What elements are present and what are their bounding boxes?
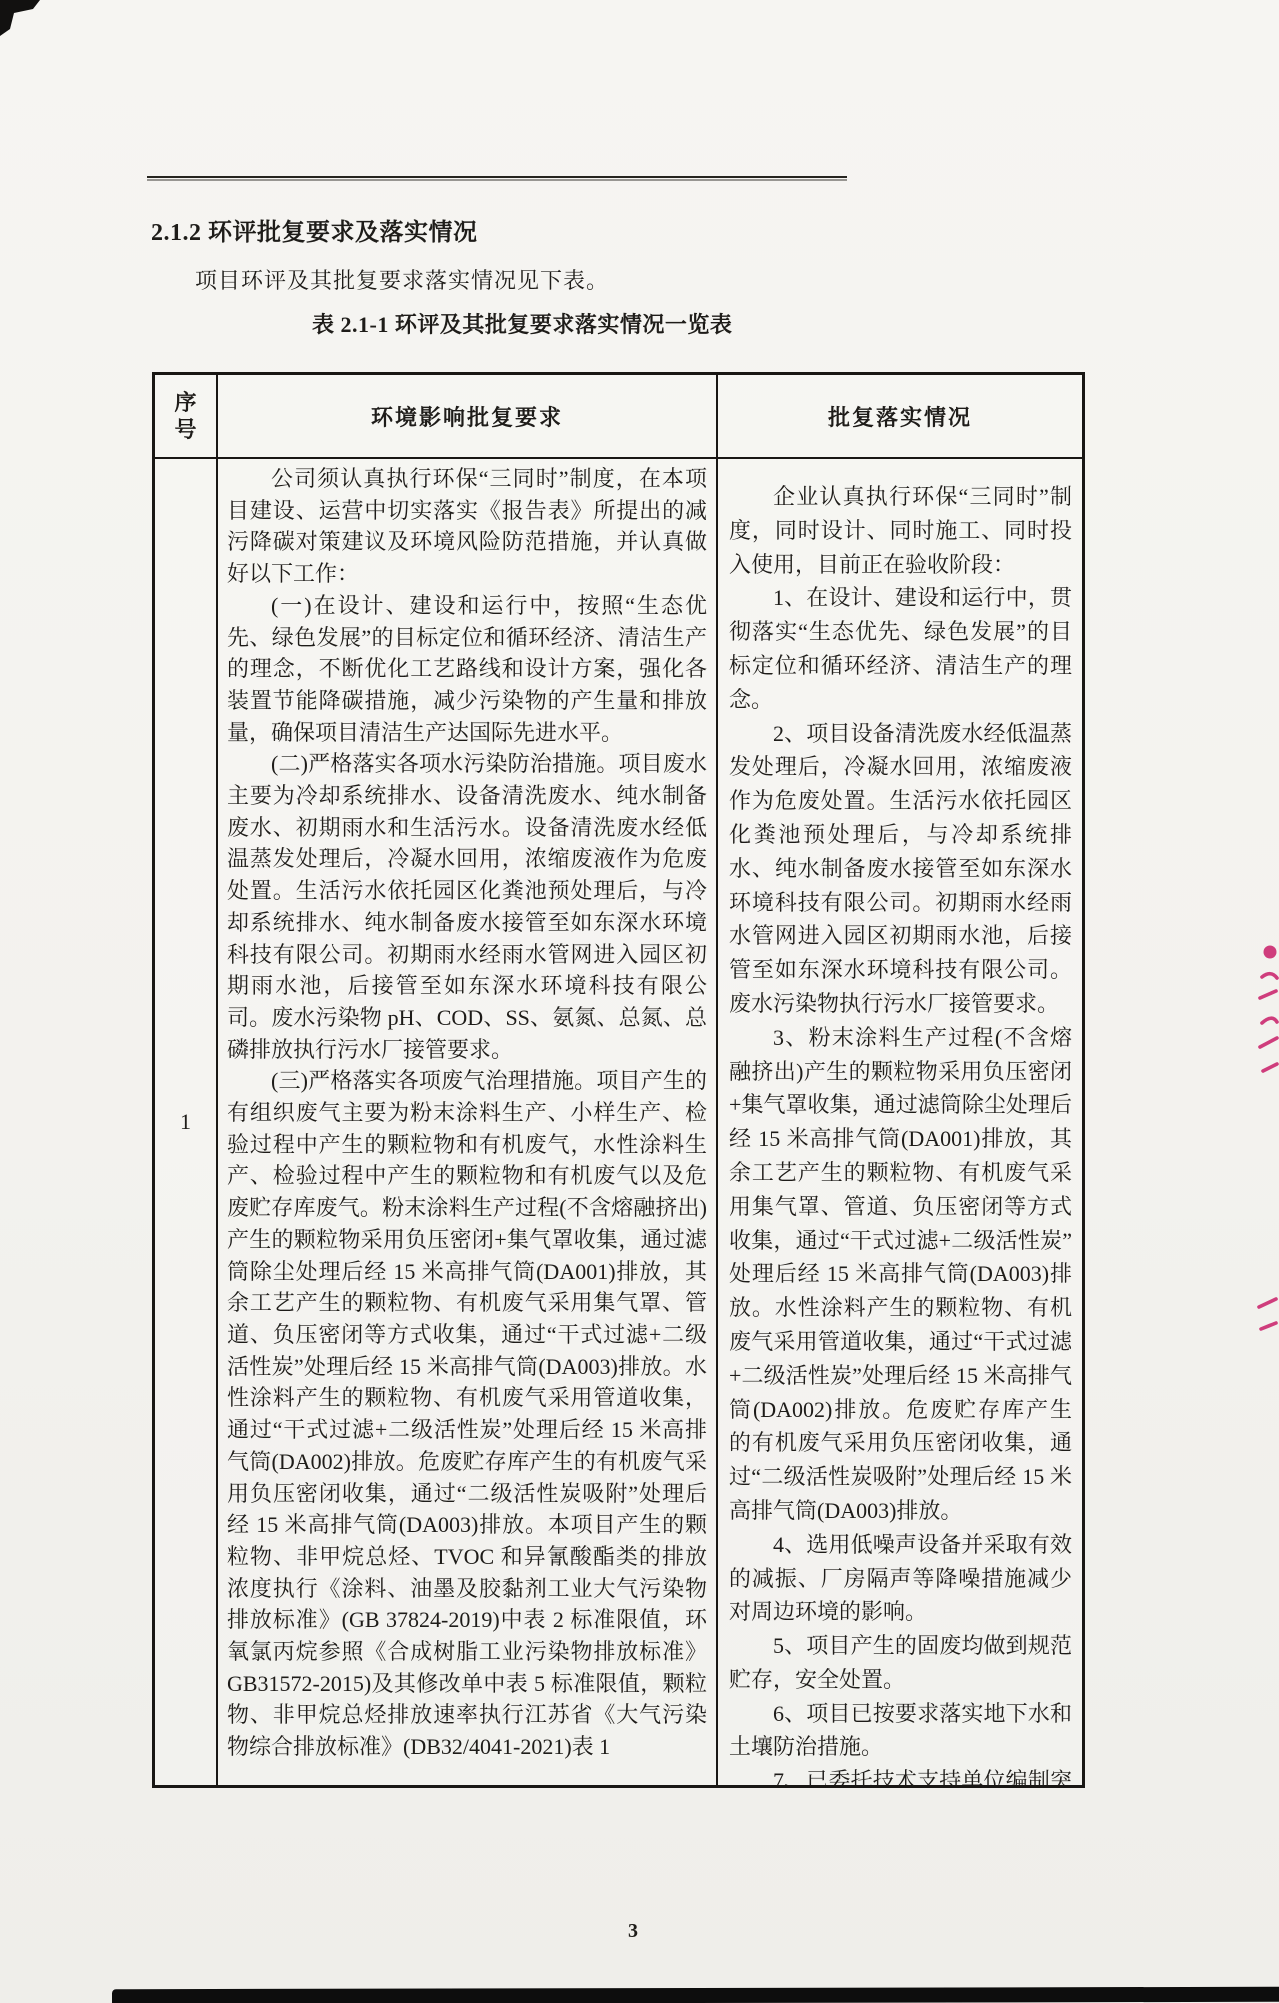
paragraph: (三)严格落实各项废气治理措施。项目产生的有组织废气主要为粉末涂料生产、小样生产…	[227, 1065, 707, 1762]
paragraph: 公司须认真执行环保“三同时”制度，在本项目建设、运营中切实落实《报告表》所提出的…	[227, 463, 707, 590]
column-header-no: 序号	[155, 375, 218, 457]
paragraph: 6、项目已按要求落实地下水和土壤防治措施。	[729, 1697, 1072, 1765]
table-header-row: 序号 环境影响批复要求 批复落实情况	[155, 375, 1082, 459]
paragraph: 2、项目设备清洗废水经低温蒸发处理后，冷凝水回用，浓缩废液作为危废处置。生活污水…	[729, 717, 1072, 1021]
scanned-document-page: 2.1.2 环评批复要求及落实情况 项目环评及其批复要求落实情况见下表。 表 2…	[0, 0, 1279, 2003]
requirement-text: 公司须认真执行环保“三同时”制度，在本项目建设、运营中切实落实《报告表》所提出的…	[227, 463, 707, 1763]
paragraph: 5、项目产生的固废均做到规范贮存，安全处置。	[729, 1629, 1072, 1697]
paragraph: (二)严格落实各项水污染防治措施。项目废水主要为冷却系统排水、设备清洗废水、纯水…	[227, 748, 707, 1065]
table-row: 1 公司须认真执行环保“三同时”制度，在本项目建设、运营中切实落实《报告表》所提…	[155, 459, 1082, 1785]
paragraph: 3、粉末涂料生产过程(不含熔融挤出)产生的颗粒物采用负压密闭+集气罩收集，通过滤…	[729, 1021, 1072, 1528]
implementation-cell: 企业认真执行环保“三同时”制度，同时设计、同时施工、同时投入使用，目前正在验收阶…	[718, 459, 1082, 1785]
row-number-cell: 1	[155, 459, 218, 1785]
header-rule	[147, 176, 847, 178]
pink-pen-annotation	[1255, 935, 1279, 1345]
paragraph: 4、选用低噪声设备并采取有效的减振、厂房隔声等降噪措施减少对周边环境的影响。	[729, 1528, 1072, 1629]
paragraph: 企业认真执行环保“三同时”制度，同时设计、同时施工、同时投入使用，目前正在验收阶…	[729, 480, 1072, 581]
requirement-cell: 公司须认真执行环保“三同时”制度，在本项目建设、运营中切实落实《报告表》所提出的…	[218, 459, 718, 1785]
scan-corner-artifact	[0, 0, 46, 42]
paragraph: 1、在设计、建设和运行中，贯彻落实“生态优先、绿色发展”的目标定位和循环经济、清…	[729, 581, 1072, 716]
table-title: 表 2.1-1 环评及其批复要求落实情况一览表	[312, 308, 732, 339]
paragraph: 7、已委托技术支持单位编制突发环境事件应急预案。	[729, 1764, 1072, 1785]
scan-edge-artifact	[112, 1987, 1279, 2003]
column-header-requirement: 环境影响批复要求	[218, 375, 718, 457]
page-number: 3	[628, 1920, 638, 1943]
section-heading: 2.1.2 环评批复要求及落实情况	[151, 212, 478, 247]
column-header-implementation: 批复落实情况	[718, 375, 1082, 457]
review-table: 序号 环境影响批复要求 批复落实情况 1 公司须认真执行环保“三同时”制度，在本…	[152, 372, 1085, 1788]
paragraph: (一)在设计、建设和运行中，按照“生态优先、绿色发展”的目标定位和循环经济、清洁…	[227, 590, 707, 749]
intro-paragraph: 项目环评及其批复要求落实情况见下表。	[195, 264, 609, 295]
implementation-text: 企业认真执行环保“三同时”制度，同时设计、同时施工、同时投入使用，目前正在验收阶…	[729, 480, 1072, 1785]
